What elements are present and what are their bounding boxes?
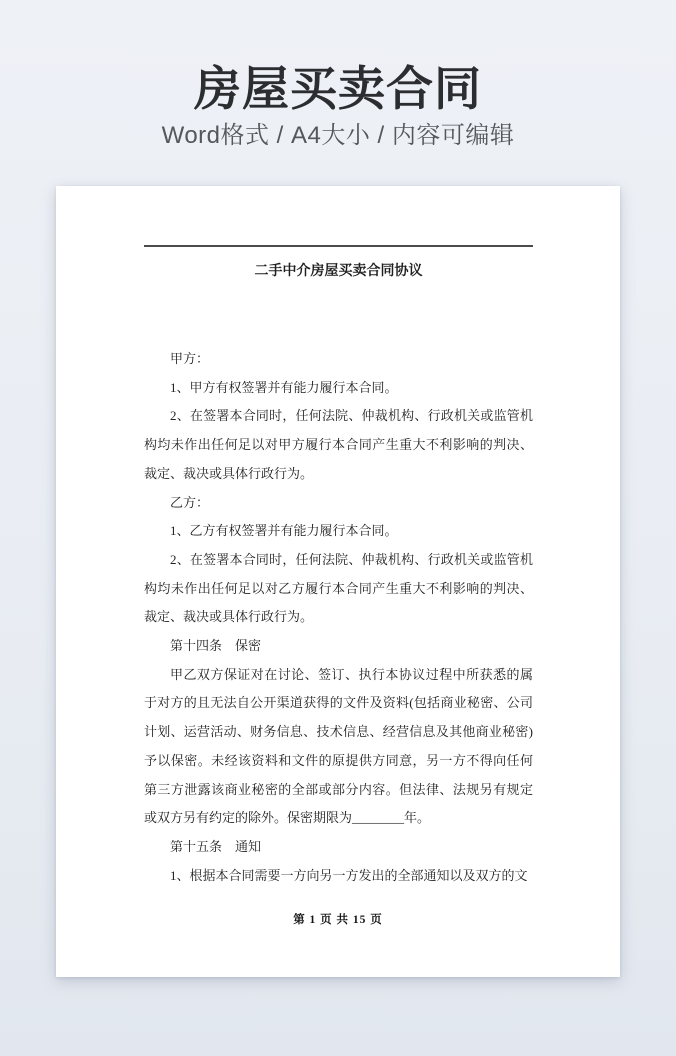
template-header: 房屋买卖合同 Word格式 / A4大小 / 内容可编辑 — [0, 0, 676, 149]
document-page-number: 第 1 页 共 15 页 — [56, 911, 620, 927]
document-paragraph: 甲乙双方保证对在讨论、签订、执行本协议过程中所获悉的属于对方的且无法自公开渠道获… — [144, 661, 533, 833]
document-page: 二手中介房屋买卖合同协议 甲方：1、甲方有权签署并有能力履行本合同。2、在签署本… — [56, 186, 620, 977]
document-paragraph: 甲方： — [144, 345, 533, 374]
document-paragraph: 1、根据本合同需要一方向另一方发出的全部通知以及双方的文 — [144, 862, 533, 891]
document-paragraph: 2、在签署本合同时，任何法院、仲裁机构、行政机关或监管机构均未作出任何足以对甲方… — [144, 402, 533, 488]
template-subtitle: Word格式 / A4大小 / 内容可编辑 — [0, 122, 676, 149]
document-paragraph: 第十四条 保密 — [144, 632, 533, 661]
document-body: 甲方：1、甲方有权签署并有能力履行本合同。2、在签署本合同时，任何法院、仲裁机构… — [144, 345, 533, 890]
document-paragraph: 第十五条 通知 — [144, 833, 533, 862]
document-heading: 二手中介房屋买卖合同协议 — [144, 261, 533, 283]
document-paragraph: 乙方： — [144, 489, 533, 518]
document-paragraph: 2、在签署本合同时，任何法院、仲裁机构、行政机关或监管机构均未作出任何足以对乙方… — [144, 546, 533, 632]
document-header-rule — [144, 245, 533, 247]
document-paragraph: 1、甲方有权签署并有能力履行本合同。 — [144, 374, 533, 403]
template-preview: 房屋买卖合同 Word格式 / A4大小 / 内容可编辑 二手中介房屋买卖合同协… — [0, 0, 676, 977]
template-title: 房屋买卖合同 — [0, 65, 676, 113]
document-content: 二手中介房屋买卖合同协议 甲方：1、甲方有权签署并有能力履行本合同。2、在签署本… — [56, 186, 620, 890]
document-paragraph: 1、乙方有权签署并有能力履行本合同。 — [144, 517, 533, 546]
